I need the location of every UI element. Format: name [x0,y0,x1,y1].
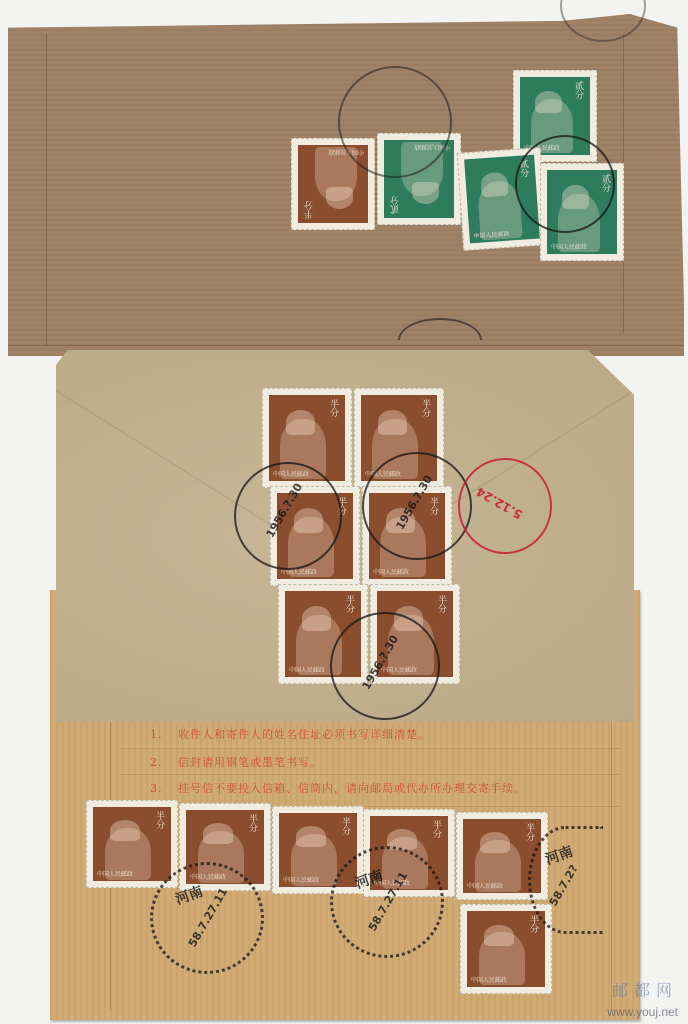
watermark-url: www.youj.net [607,1005,678,1019]
stamp-brown-half-fen: 半分中国人民邮政 [86,800,178,888]
watermark: 邮都网 www.youj.net [607,978,678,1020]
instruction-3: 3.挂号信不要投入信箱、信筒内，请向邮局或代办所办理交寄手续。 [150,780,526,796]
watermark-text: 邮都网 [607,978,678,1001]
postmark: 1956.?.30 [234,462,342,570]
postmark [515,135,615,233]
postmark: 1956.?.30 [362,452,472,560]
receiving-mark: 5.12.24 [458,458,552,554]
instruction-1: 1.收件人和寄件人的姓名住址必须书写详细清楚。 [150,726,430,742]
instruction-2: 2.信封请用钢笔或墨笔书写。 [150,754,322,770]
postmark: 1956.?.30 [330,612,440,720]
flap-fold [8,345,684,346]
flap-fold [46,34,47,346]
postmark-henan: 河南 58.7.27.11 [150,862,264,974]
postmark-henan-partial: 河南 58.7.2? [528,826,603,934]
postmark-henan: 河南 58.7.27.11 [330,846,444,958]
postmark [338,66,452,178]
